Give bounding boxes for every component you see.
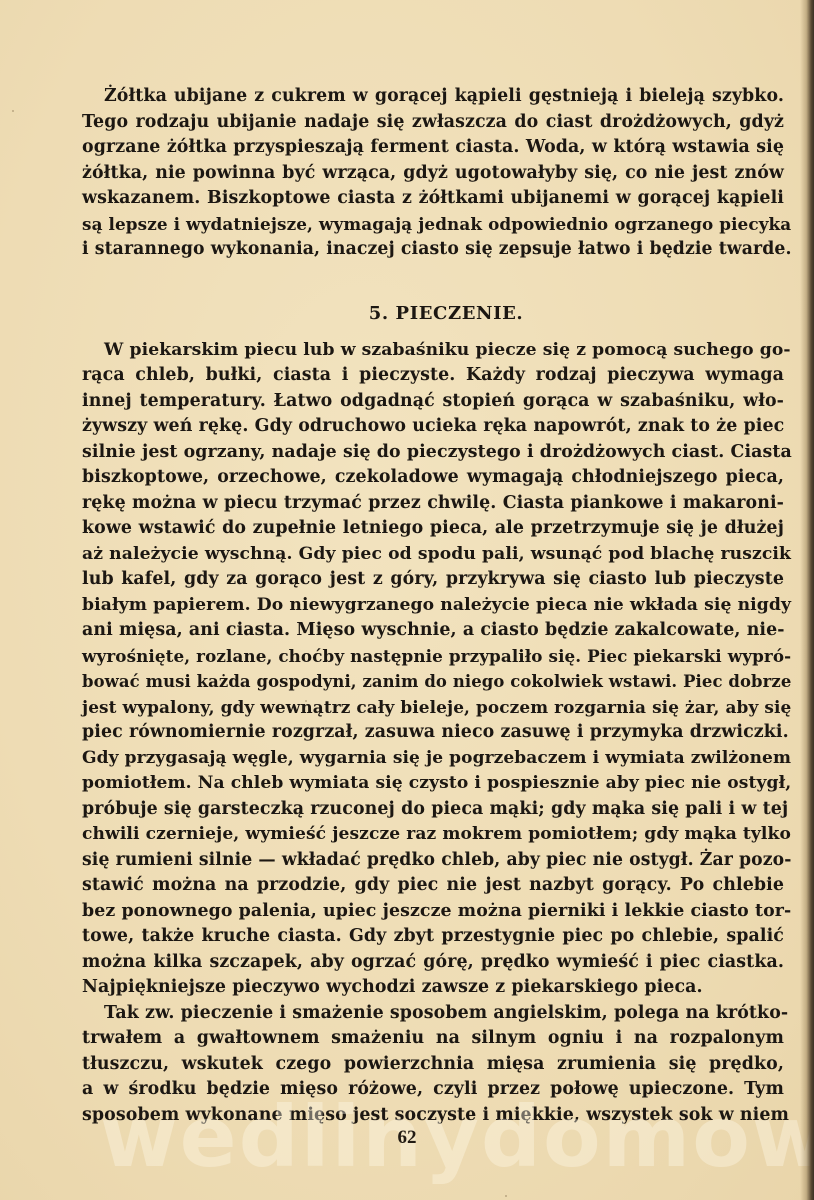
text-line: sposobem wykonane mięso jest soczyste i … [82, 1103, 784, 1129]
text-line: lub kafel, gdy za gorąco jest z góry, pr… [82, 567, 784, 593]
text-line: stawić można na przodzie, gdy piec nie j… [82, 873, 784, 899]
text-line: W piekarskim piecu lub w szabaśniku piec… [104, 338, 784, 364]
page-number: 62 [0, 1127, 814, 1149]
text-line: kowe wstawić do zupełnie letniego pieca,… [82, 516, 784, 542]
text-line: tłuszczu, wskutek czego powierzchnia mię… [82, 1052, 784, 1078]
text-line: towe, także kruche ciasta. Gdy zbyt prze… [82, 924, 784, 950]
text-line: innej temperatury. Łatwo odgadnąć stopie… [82, 389, 784, 415]
paper-speck [12, 110, 14, 112]
page-text: Żółtka ubijane z cukrem w gorącej kąpiel… [104, 84, 784, 1128]
paper-speck [505, 1195, 507, 1197]
paragraph-baking: W piekarskim piecu lub w szabaśniku piec… [104, 338, 784, 1001]
text-line: a w środku będzie mięso różowe, czyli pr… [82, 1077, 784, 1103]
text-line: chwili czernieje, wymieść jeszcze raz mo… [82, 822, 784, 848]
text-line: silnie jest ogrzany, nadaje się do piecz… [82, 440, 784, 466]
text-line: bować musi każda gospodyni, zanim do nie… [82, 669, 784, 695]
text-line: wskazanem. Biszkoptowe ciasta z żółtkami… [82, 186, 784, 212]
text-line: Gdy przygasają węgle, wygarnia się je po… [82, 746, 784, 772]
text-line: piec równomiernie rozgrzał, zasuwa nieco… [82, 720, 784, 746]
text-line: biszkoptowe, orzechowe, czekoladowe wyma… [82, 465, 784, 491]
text-line: bez ponownego palenia, upiec jeszcze moż… [82, 899, 784, 925]
text-line: pomiotłem. Na chleb wymiata się czysto i… [82, 771, 784, 797]
text-line: żywszy weń rękę. Gdy odruchowo ucieka rę… [82, 414, 784, 440]
paragraph-english-roasting: Tak zw. pieczenie i smażenie sposobem an… [104, 1001, 784, 1129]
text-line: jest wypalony, gdy wewnątrz cały bieleje… [82, 695, 784, 721]
text-line: ogrzane żółtka przyspieszają ferment cia… [82, 135, 784, 161]
text-line: Tego rodzaju ubijanie nadaje się zwłaszc… [82, 110, 784, 136]
text-line: Tak zw. pieczenie i smażenie sposobem an… [104, 1001, 784, 1027]
paper-speck [305, 700, 307, 702]
paragraph-yolks: Żółtka ubijane z cukrem w gorącej kąpiel… [104, 84, 784, 263]
text-line: ani mięsa, ani ciasta. Mięso wyschnie, a… [82, 618, 784, 644]
text-line: wyrośnięte, rozlane, choćby następnie pr… [82, 644, 784, 670]
text-line: można kilka szczapek, aby ogrzać górę, p… [82, 950, 784, 976]
page-edge-shadow [800, 0, 814, 1200]
text-line: rękę można w piecu trzymać przez chwilę.… [82, 491, 784, 517]
text-line: żółtka, nie powinna być wrząca, gdyż ugo… [82, 161, 784, 187]
text-line: Żółtka ubijane z cukrem w gorącej kąpiel… [104, 84, 784, 110]
text-line: aż należycie wyschną. Gdy piec od spodu … [82, 542, 784, 568]
section-heading: 5. PIECZENIE. [104, 301, 784, 326]
book-page: Żółtka ubijane z cukrem w gorącej kąpiel… [0, 0, 814, 1200]
text-line: Najpiękniejsze pieczywo wychodzi zawsze … [82, 975, 672, 1001]
text-line: trwałem a gwałtownem smażeniu na silnym … [82, 1026, 784, 1052]
text-line: rąca chleb, bułki, ciasta i pieczyste. K… [82, 363, 784, 389]
text-line: się rumieni silnie — wkładać prędko chle… [82, 848, 784, 874]
text-line: białym papierem. Do niewygrzanego należy… [82, 593, 784, 619]
text-line: są lepsze i wydatniejsze, wymagają jedna… [82, 212, 784, 238]
text-line: próbuje się garsteczką rzuconej do pieca… [82, 797, 784, 823]
text-line: i starannego wykonania, inaczej ciasto s… [82, 237, 784, 263]
